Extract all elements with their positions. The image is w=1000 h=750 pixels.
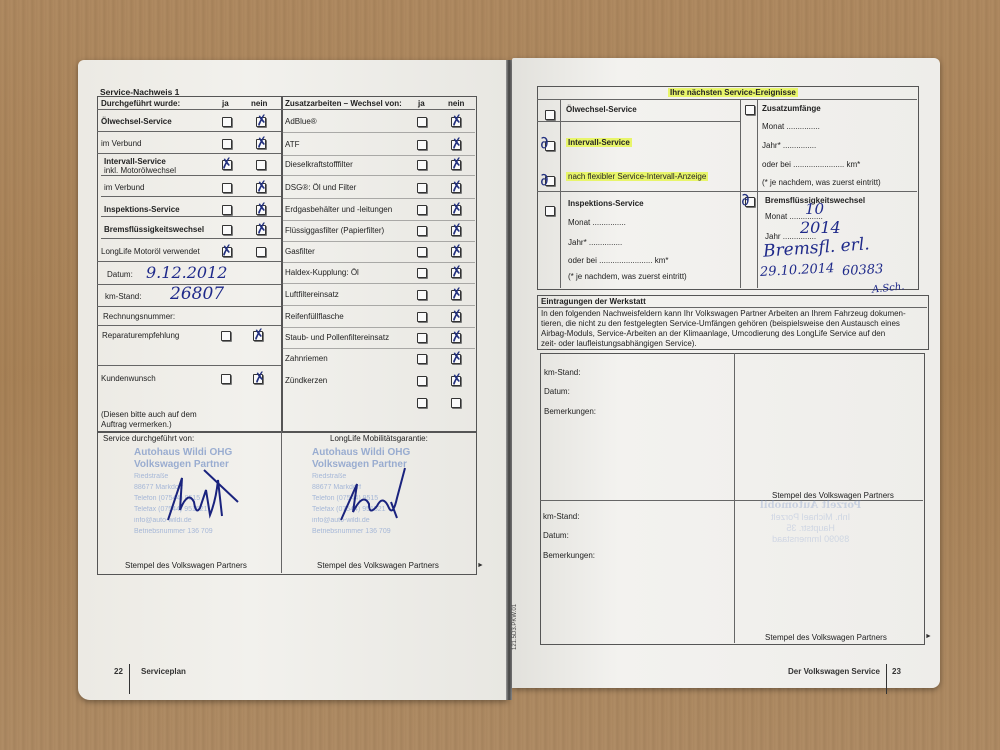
checkmark-icon: ✗ — [450, 156, 464, 172]
month-label: Monat — [762, 122, 784, 131]
divider — [101, 196, 281, 197]
extra-item-label: Zündkerzen — [285, 376, 327, 386]
yes-checkbox[interactable] — [417, 333, 427, 343]
extra-header-yes: ja — [418, 99, 425, 109]
yes-checkbox[interactable] — [417, 312, 427, 322]
next-service-header: Ihre nächsten Service-Ereignisse — [668, 88, 798, 98]
divider — [101, 238, 281, 239]
spine-code: 121.5D3.PKW.01 — [512, 604, 518, 650]
checkmark-icon: ✗ — [450, 286, 464, 302]
checkmark-icon: ✗ — [450, 136, 464, 152]
workshop-text: In den folgenden Nachweisfeldern kann Ih… — [541, 309, 906, 349]
checkmark-icon: ✗ — [450, 372, 464, 388]
yes-checkbox[interactable] — [417, 290, 427, 300]
signature-2 — [335, 460, 415, 530]
footer-title-right: Der Volkswagen Service — [788, 667, 880, 676]
km-value[interactable]: 26807 — [170, 284, 224, 304]
stamp-caption-2: Stempel des Volkswagen Partners — [317, 561, 439, 571]
text-line: zeit- oder laufleistungsabhängigen Servi… — [541, 339, 906, 349]
stamp-line: Porzelt Automobil — [760, 500, 861, 512]
interval-service-label: Intervall-Service — [566, 138, 632, 148]
stamp-caption-1: Stempel des Volkswagen Partners — [125, 561, 247, 571]
performed-item-label: im Verbund — [104, 183, 144, 193]
divider — [97, 325, 281, 326]
checkmark-icon: ✗ — [450, 308, 464, 324]
yes-checkbox[interactable] — [417, 398, 427, 408]
extra-item-label: Reifenfüllflasche — [285, 312, 344, 322]
inspection-checkbox[interactable] — [545, 206, 555, 216]
no-checkbox[interactable] — [451, 398, 461, 408]
page-number-left: 22 — [114, 667, 123, 676]
checkmark-icon: ✗ — [450, 264, 464, 280]
entry2-remarks-label: Bemerkungen: — [543, 551, 595, 561]
divider — [281, 198, 475, 199]
checkmark-icon: ✗ — [255, 221, 269, 237]
yes-checkbox[interactable] — [222, 205, 232, 215]
additional-checkbox[interactable] — [745, 105, 755, 115]
checkmark-icon: ✗ — [450, 113, 464, 129]
performed-header: Durchgeführt wurde: — [101, 99, 180, 109]
divider — [281, 431, 282, 573]
extra-item-label: Dieselkraftstofffilter — [285, 160, 353, 170]
additional-km: oder bei ....................... km* — [762, 160, 860, 170]
yes-checkbox[interactable] — [222, 183, 232, 193]
checkmark-icon: ✗ — [253, 370, 267, 386]
extra-header-no: nein — [448, 99, 464, 109]
next-arrow-icon: ► — [925, 633, 932, 640]
brake-fluid-month-value[interactable]: 10 — [805, 200, 824, 218]
header-text: Ihre nächsten Service-Ereignisse — [668, 88, 798, 97]
extra-item-label: Zahnriemen — [285, 354, 328, 364]
km-suffix: km* — [655, 256, 669, 265]
entry1-km-label: km-Stand: — [544, 368, 580, 378]
signature-1 — [160, 460, 240, 530]
checkmark-icon: ✗ — [255, 201, 269, 217]
performed-item-label: Inspektions-Service — [104, 205, 180, 215]
date-label: Datum: — [107, 270, 133, 280]
divider — [560, 99, 561, 288]
stamp-line: 89090 Immenstaad — [760, 534, 861, 545]
divider — [281, 220, 475, 221]
text-line: tieren, die nicht zu den festgelegten Se… — [541, 319, 906, 329]
checkmark-icon: ✗ — [450, 222, 464, 238]
additional-year: Jahr* ............... — [762, 141, 816, 151]
stamp-line: Hauptstr. 35 — [760, 523, 861, 534]
extra-item-label: Haldex-Kupplung: Öl — [285, 268, 359, 278]
yes-checkbox[interactable] — [417, 354, 427, 364]
yes-checkbox[interactable] — [417, 226, 427, 236]
divider — [281, 327, 475, 328]
extra-item-label: Luftfiltereinsatz — [285, 290, 339, 300]
checkmark-icon: ✗ — [255, 113, 269, 129]
stamp-line: Autohaus Wildi OHG — [134, 447, 232, 459]
extra-item-label: Staub- und Pollenfiltereinsatz — [285, 333, 389, 343]
date-value[interactable]: 9.12.2012 — [146, 263, 227, 282]
yes-checkbox[interactable] — [417, 247, 427, 257]
extra-item-label: DSG®: Öl und Filter — [285, 183, 356, 193]
divider — [281, 175, 475, 176]
footer-title-left: Serviceplan — [141, 667, 186, 676]
extra-item-label: ATF — [285, 140, 300, 150]
divider — [757, 99, 758, 288]
yes-checkbox[interactable] — [417, 268, 427, 278]
extra-item-label: Flüssiggasfilter (Papierfilter) — [285, 226, 384, 236]
checkmark-icon: ✗ — [255, 135, 269, 151]
divider — [537, 307, 927, 308]
divider — [97, 306, 281, 307]
checkmark-icon: ✗ — [450, 243, 464, 259]
checkmark-icon: ✗ — [450, 350, 464, 366]
service-by-label: Service durchgeführt von: — [103, 434, 194, 444]
stamp-line: Autohaus Wildi OHG — [312, 447, 410, 459]
yes-checkbox[interactable] — [417, 117, 427, 127]
divider — [101, 216, 281, 217]
extra-item-label: AdBlue® — [285, 117, 317, 127]
checkmark-icon: ✗ — [450, 179, 464, 195]
performed-item-label: im Verbund — [101, 139, 141, 149]
yes-checkbox[interactable] — [222, 117, 232, 127]
stamp-line: Inh. Michael Porzelt — [760, 512, 861, 523]
divider — [281, 262, 475, 263]
km-prefix: oder bei — [568, 256, 597, 265]
yes-checkbox[interactable] — [417, 140, 427, 150]
entry1-date-label: Datum: — [544, 387, 570, 397]
extra-header: Zusatzarbeiten – Wechsel von: — [285, 99, 402, 109]
checkmark-icon: ✗ — [220, 243, 234, 259]
page-number-right: 23 — [892, 667, 901, 676]
yes-checkbox[interactable] — [417, 160, 427, 170]
yes-checkbox[interactable] — [417, 376, 427, 386]
bleed-through-stamp: Porzelt Automobil Inh. Michael Porzelt H… — [760, 500, 861, 545]
month-label: Monat — [765, 212, 787, 221]
entry2-date-label: Datum: — [543, 531, 569, 541]
checkmark-icon: ✗ — [450, 201, 464, 217]
yes-checkbox[interactable] — [417, 205, 427, 215]
extra-item-label: Gasfilter — [285, 247, 315, 257]
extra-item-label: Erdgasbehälter und -leitungen — [285, 205, 392, 215]
divider — [97, 109, 475, 110]
customer-request-label: Kundenwunsch — [101, 374, 156, 384]
inspection-note: (* je nachdem, was zuerst eintritt) — [568, 272, 687, 282]
oil-service-checkbox[interactable] — [545, 110, 555, 120]
divider — [734, 353, 735, 643]
entry1-remarks-label: Bemerkungen: — [544, 407, 596, 417]
divider — [537, 99, 917, 100]
repair-label: Reparaturempfehlung — [102, 331, 179, 341]
year-label: Jahr* — [568, 238, 587, 247]
brake-fluid-year-value[interactable]: 2014 — [800, 218, 841, 237]
checkmark-icon: ✗ — [252, 327, 266, 343]
mobility-guarantee-label: LongLife Mobilitätsgarantie: — [330, 434, 428, 444]
yes-checkbox[interactable] — [417, 183, 427, 193]
performed-item-label: Bremsflüssigkeitswechsel — [104, 225, 204, 235]
km-prefix: oder bei — [762, 160, 791, 169]
divider — [129, 664, 130, 694]
inspection-km: oder bei ........................ km* — [568, 256, 669, 266]
note-line-1: (Diesen bitte auch auf dem — [101, 410, 197, 420]
next-arrow-icon: ► — [477, 562, 484, 569]
divider — [97, 365, 281, 366]
additional-label: Zusatzumfänge — [762, 104, 821, 114]
month-label: Monat — [568, 218, 590, 227]
no-checkbox[interactable] — [256, 160, 266, 170]
divider — [97, 153, 281, 154]
divider — [537, 191, 917, 192]
label-text: nach flexibler Service-Intervall-Anzeige — [566, 172, 708, 181]
entry2-km-label: km-Stand: — [543, 512, 579, 522]
note-line-2: Auftrag vermerken.) — [101, 420, 172, 430]
oil-service-label: Ölwechsel-Service — [566, 105, 637, 115]
divider — [281, 155, 475, 156]
flexible-interval-label: nach flexibler Service-Intervall-Anzeige — [566, 172, 708, 182]
km-suffix: km* — [847, 160, 861, 169]
yes-checkbox[interactable] — [222, 225, 232, 235]
entry2-stamp-caption: Stempel des Volkswagen Partners — [765, 633, 887, 643]
performed-header-yes: ja — [222, 99, 229, 109]
divider — [281, 132, 475, 133]
label-text: Intervall-Service — [566, 138, 632, 147]
divider — [281, 348, 475, 349]
performed-header-no: nein — [251, 99, 267, 109]
inspection-year: Jahr* ............... — [568, 238, 622, 248]
no-checkbox[interactable] — [256, 247, 266, 257]
divider — [281, 241, 475, 242]
yes-checkbox[interactable] — [222, 139, 232, 149]
divider — [281, 305, 475, 306]
divider — [886, 664, 887, 694]
km-label: km-Stand: — [105, 292, 141, 302]
inspection-label: Inspektions-Service — [568, 199, 644, 209]
year-label: Jahr* — [762, 141, 781, 150]
divider — [281, 283, 475, 284]
text-line: Airbag-Moduls, Service-Arbeiten an der K… — [541, 329, 906, 339]
inspection-month: Monat ............... — [568, 218, 626, 228]
performed-item-label: LongLife Motoröl verwendet — [101, 247, 200, 257]
divider — [97, 261, 281, 262]
checkmark-icon: ✗ — [220, 156, 234, 172]
workshop-title: Eintragungen der Werkstatt — [541, 297, 646, 307]
checkmark-icon: ✗ — [450, 329, 464, 345]
text-line: In den folgenden Nachweisfeldern kann Ih… — [541, 309, 906, 319]
additional-note: (* je nachdem, was zuerst eintritt) — [762, 178, 881, 188]
customer-yes-checkbox[interactable] — [221, 374, 231, 384]
additional-month: Monat ............... — [762, 122, 820, 132]
divider — [537, 121, 740, 122]
divider — [97, 131, 281, 132]
checkmark-icon: ✗ — [255, 179, 269, 195]
performed-item-label: Ölwechsel-Service — [101, 117, 172, 127]
divider — [101, 175, 281, 176]
repair-yes-checkbox[interactable] — [221, 331, 231, 341]
invoice-label: Rechnungsnummer: — [103, 312, 175, 322]
brake-fluid-km: 60383 — [842, 262, 884, 279]
